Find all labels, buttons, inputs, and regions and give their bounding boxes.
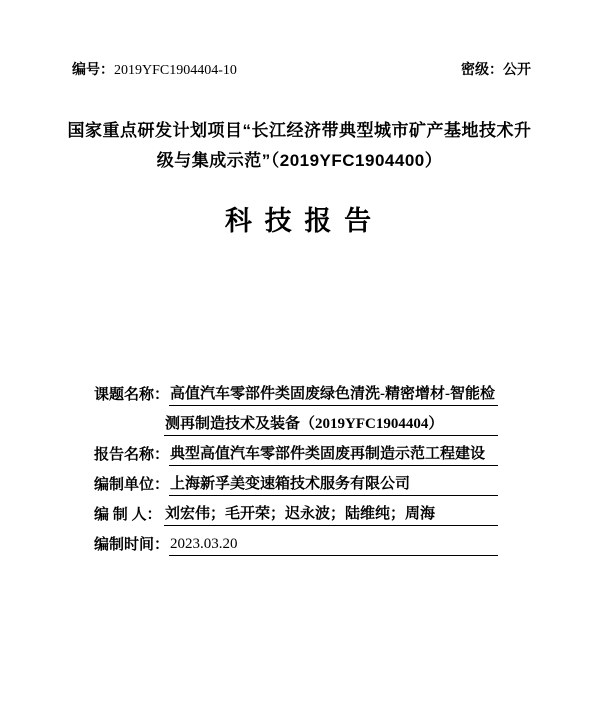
topic-name-value-line1: 高值汽车零部件类固废绿色清洗-精密增材-智能检	[169, 376, 498, 406]
topic-name-label-spacer	[94, 406, 164, 436]
header-row: 编号：2019YFC1904404-10 密级：公开	[72, 62, 531, 80]
fields-block: 课题名称： 高值汽车零部件类固废绿色清洗-精密增材-智能检 测再制造技术及装备（…	[94, 376, 498, 556]
topic-name-label: 课题名称：	[94, 376, 169, 406]
report-heading: 科 技 报 告	[0, 204, 599, 238]
field-row-authors: 编 制 人： 刘宏伟；毛开荣；迟永波；陆维纯；周海	[94, 496, 498, 526]
field-row-topic-name-line1: 课题名称： 高值汽车零部件类固废绿色清洗-精密增材-智能检	[94, 376, 498, 406]
field-row-topic-name-line2: 测再制造技术及装备（2019YFC1904404）	[94, 406, 498, 436]
topic-name-value-line2: 测再制造技术及装备（2019YFC1904404）	[164, 406, 498, 436]
report-cover-page: 编号：2019YFC1904404-10 密级：公开 国家重点研发计划项目“长江…	[0, 0, 599, 705]
authors-label: 编 制 人：	[94, 496, 164, 526]
report-name-value: 典型高值汽车零部件类固废再制造示范工程建设	[169, 436, 498, 466]
compiling-unit-value: 上海新孚美变速箱技术服务有限公司	[169, 466, 498, 496]
doc-number: 编号：2019YFC1904404-10	[72, 62, 237, 80]
authors-value: 刘宏伟；毛开荣；迟永波；陆维纯；周海	[164, 496, 498, 526]
security-level-value: 公开	[503, 63, 531, 78]
security-level: 密级：公开	[461, 62, 531, 80]
compile-date-label: 编制时间：	[94, 526, 169, 556]
project-title: 国家重点研发计划项目“长江经济带典型城市矿产基地技术升 级与集成示范”（2019…	[45, 116, 554, 176]
doc-number-label: 编号：	[72, 63, 114, 78]
field-row-report-name: 报告名称： 典型高值汽车零部件类固废再制造示范工程建设	[94, 436, 498, 466]
field-row-compile-date: 编制时间： 2023.03.20	[94, 526, 498, 556]
project-title-line1: 国家重点研发计划项目“长江经济带典型城市矿产基地技术升	[45, 116, 554, 146]
compiling-unit-label: 编制单位：	[94, 466, 169, 496]
project-title-line2: 级与集成示范”（2019YFC1904400）	[45, 146, 554, 176]
compile-date-value: 2023.03.20	[169, 526, 498, 556]
report-name-label: 报告名称：	[94, 436, 169, 466]
security-level-label: 密级：	[461, 63, 503, 78]
doc-number-value: 2019YFC1904404-10	[114, 63, 237, 78]
field-row-compiling-unit: 编制单位： 上海新孚美变速箱技术服务有限公司	[94, 466, 498, 496]
